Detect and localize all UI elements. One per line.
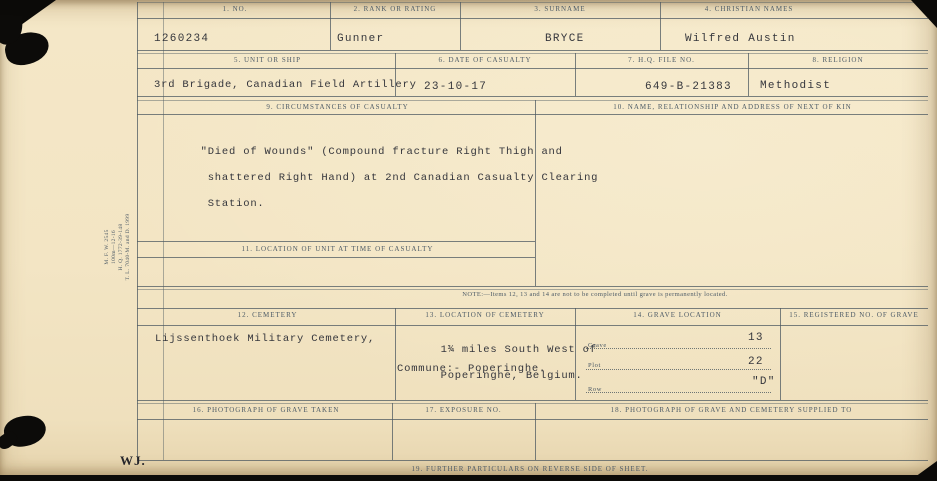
rule: [137, 50, 928, 51]
cemetery-location-line-1: 1¾ miles South West of: [441, 344, 597, 356]
rule: [137, 18, 928, 19]
field-label-date-of-casualty: 6. Date of Casualty: [395, 56, 575, 64]
rule: [137, 325, 928, 326]
circumstances-line-3: Station.: [201, 198, 265, 210]
field-value-date-of-casualty: 23-10-17: [424, 81, 487, 94]
field-label-registered-no: 15. Registered No. of Grave: [780, 311, 928, 319]
field-label-surname: 3. Surname: [460, 5, 660, 13]
rule: [163, 2, 164, 460]
rule: [137, 100, 928, 101]
rule: [137, 2, 928, 3]
rule: [137, 419, 928, 420]
rule: [395, 308, 396, 400]
field-label-next-of-kin: 10. Name, Relationship and Address of Ne…: [537, 103, 928, 111]
print-code-line-2: 100m—12-16: [111, 199, 118, 295]
field-label-unit-location: 11. Location of Unit at Time of Casualty: [140, 245, 535, 253]
form-print-code: M. F. W. 2545 100m—12-16 H. Q. 1772-39-1…: [104, 199, 132, 295]
field-label-hq-file-no: 7. H.Q. File No.: [575, 56, 748, 64]
field-label-cemetery-location: 13. Location of Cemetery: [395, 311, 575, 319]
rule: [137, 114, 928, 115]
field-value-no: 1260234: [154, 33, 209, 46]
field-label-photo-taken: 16. Photograph of Grave Taken: [140, 406, 392, 414]
handwritten-initials: WJ.: [120, 453, 146, 469]
rule: [137, 308, 928, 309]
rule: [780, 308, 781, 400]
field-label-religion: 8. Religion: [748, 56, 928, 64]
field-value-cemetery: Lijssenthoek Military Cemetery,: [155, 333, 375, 346]
grave-row-rule: [586, 348, 771, 349]
footer-reverse-side-note: 19. Further Particulars on Reverse Side …: [330, 465, 730, 473]
field-value-circumstances: "Died of Wounds" (Compound fracture Righ…: [158, 133, 598, 224]
plot-row-value: 22: [748, 356, 764, 369]
row-row-rule: [586, 392, 771, 393]
field-label-no: 1. No.: [140, 5, 330, 13]
field-label-exposure-no: 17. Exposure No.: [392, 406, 535, 414]
scanned-record-photo: 1. No. 2. Rank or Rating 3. Surname 4. C…: [0, 0, 937, 481]
backdrop-bottom-edge: [0, 475, 937, 481]
field-value-unit: 3rd Brigade, Canadian Field Artillery: [154, 79, 417, 92]
field-value-religion: Methodist: [760, 80, 831, 93]
rule: [137, 257, 535, 258]
note-items-12-13-14: NOTE:—Items 12, 13 and 14 are not to be …: [380, 291, 810, 298]
field-label-christian-names: 4. Christian Names: [660, 5, 838, 13]
field-value-christian-names: Wilfred Austin: [685, 33, 796, 46]
rule: [137, 96, 928, 97]
field-label-circumstances: 9. Circumstances of Casualty: [140, 103, 535, 111]
rule: [137, 53, 928, 54]
print-code-line-4: T. L. 7040-M. and D. 1999: [125, 199, 132, 295]
field-value-surname: BRYCE: [545, 33, 585, 46]
grave-row-value: 13: [748, 332, 764, 345]
field-label-unit: 5. Unit or Ship: [140, 56, 395, 64]
rule: [137, 2, 138, 460]
circumstances-line-1: "Died of Wounds" (Compound fracture Righ…: [201, 146, 563, 158]
rule: [137, 403, 928, 404]
rule: [137, 289, 928, 290]
plot-row-label: Plot: [588, 362, 601, 369]
rule: [137, 460, 928, 461]
rule: [137, 400, 928, 401]
rule: [137, 68, 928, 69]
plot-row-rule: [586, 369, 771, 370]
field-value-rank: Gunner: [337, 33, 384, 46]
rule: [137, 286, 928, 287]
row-row-value: "D": [752, 376, 776, 389]
field-label-cemetery: 12. Cemetery: [140, 311, 395, 319]
print-code-line-1: M. F. W. 2545: [104, 199, 111, 295]
field-value-hq-file-no: 649-B-21383: [645, 81, 732, 94]
print-code-line-3: H. Q. 1772-39-148: [118, 199, 125, 295]
rule: [137, 241, 535, 242]
casualty-record-card: 1. No. 2. Rank or Rating 3. Surname 4. C…: [0, 0, 937, 476]
circumstances-line-2: shattered Right Hand) at 2nd Canadian Ca…: [201, 172, 599, 184]
field-label-rank: 2. Rank or Rating: [330, 5, 460, 13]
field-label-photo-supplied: 18. Photograph of Grave and Cemetery Sup…: [535, 406, 928, 414]
field-value-cemetery-commune: Commune:- Poperinghe.: [397, 363, 546, 376]
field-label-grave-location: 14. Grave Location: [575, 311, 780, 319]
